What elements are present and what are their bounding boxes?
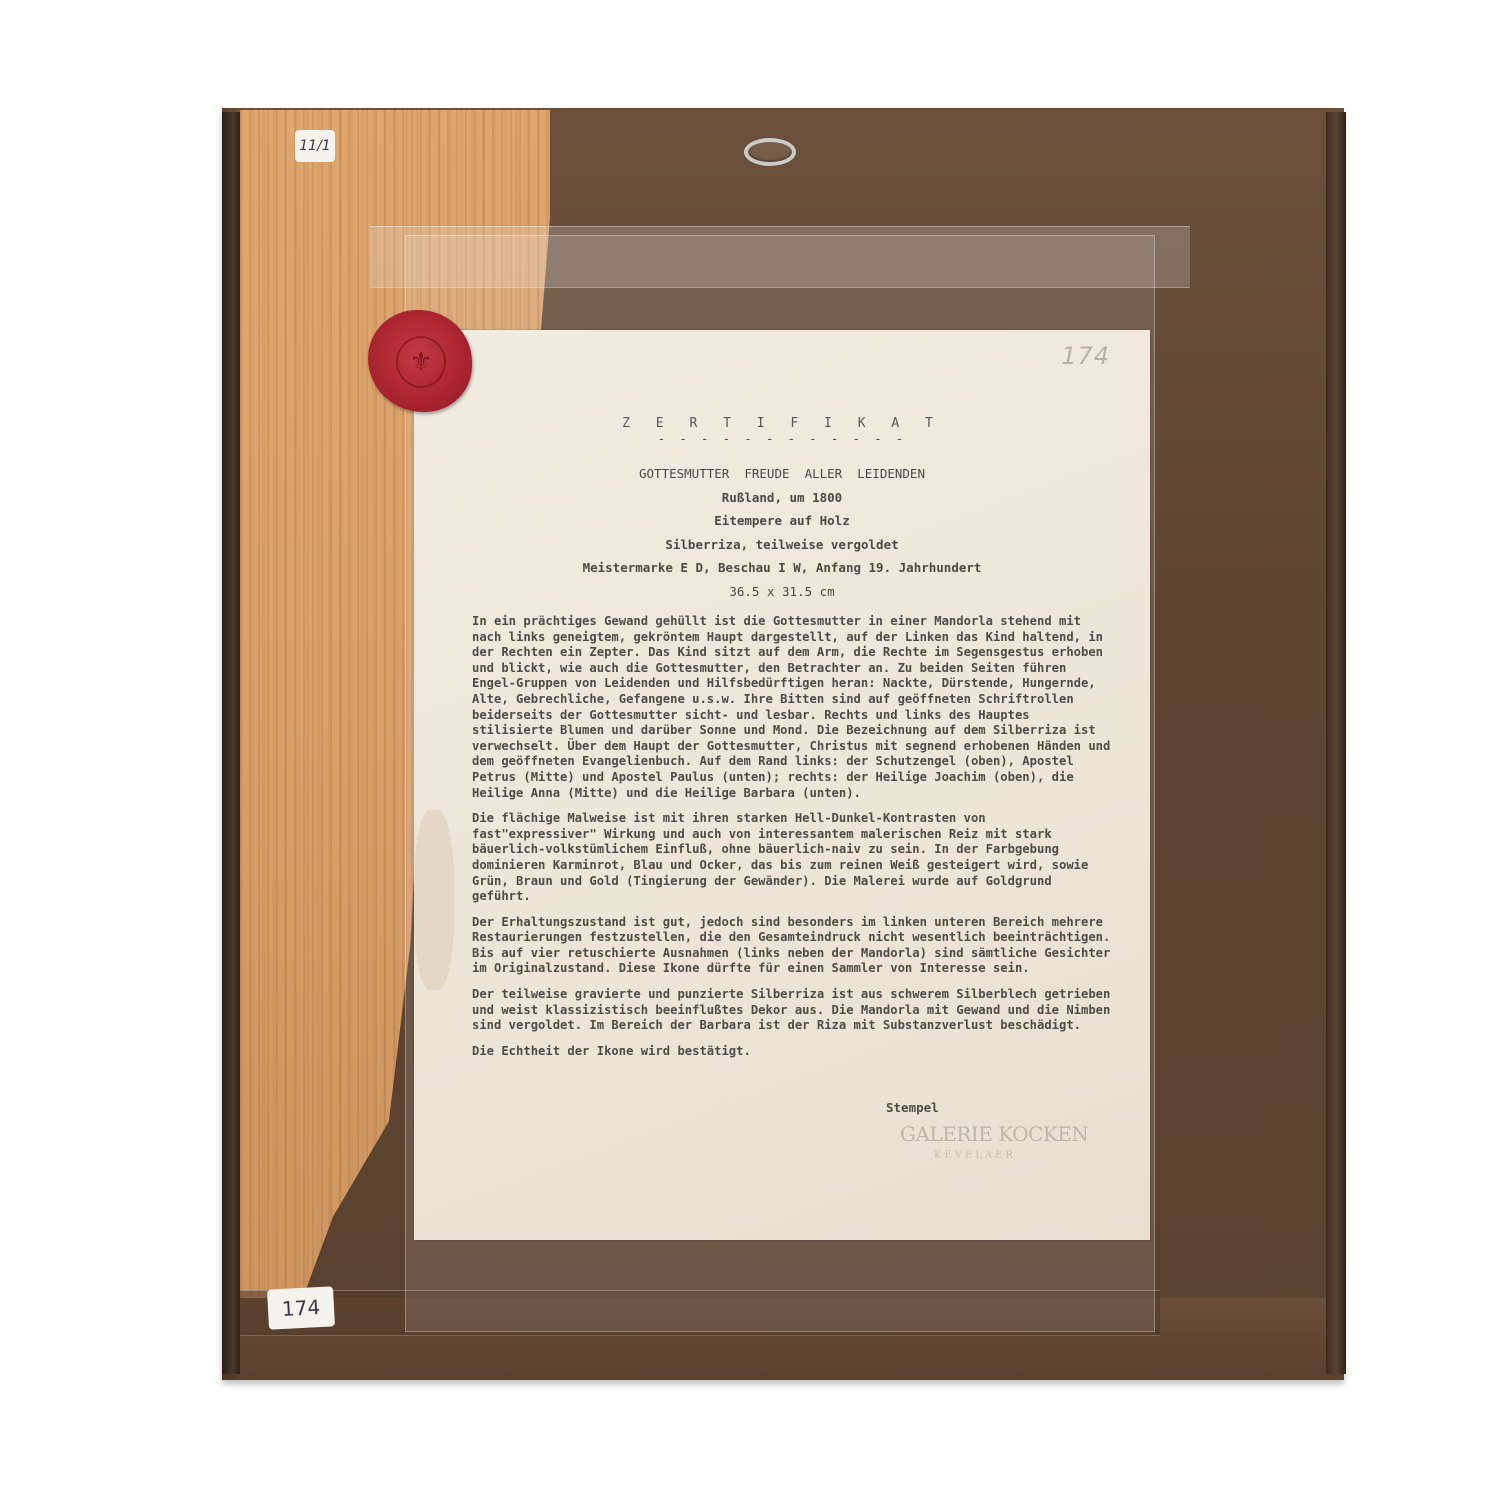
gallery-stamp: GALERIE KOCKEN: [900, 1122, 1088, 1146]
inventory-label-top-text: 11/1: [299, 138, 330, 154]
certificate-paper: 174 Z E R T I F I K A T - - - - - - - - …: [414, 330, 1150, 1240]
heading-origin: Rußland, um 1800: [414, 486, 1150, 510]
gallery-stamp-city: KEVELAER: [934, 1150, 1016, 1161]
heading-subject: GOTTESMUTTER FREUDE ALLER LEIDENDEN: [414, 462, 1150, 486]
certificate-headings: GOTTESMUTTER FREUDE ALLER LEIDENDEN Rußl…: [414, 462, 1150, 603]
paragraph-authenticity: Die Echtheit der Ikone wird bestätigt.: [472, 1044, 1112, 1060]
paragraph-description: In ein prächtiges Gewand gehüllt ist die…: [472, 614, 1112, 801]
inventory-label-top: 11/1: [295, 130, 335, 162]
heading-marks: Meistermarke E D, Beschau I W, Anfang 19…: [414, 556, 1150, 580]
water-stain: [414, 810, 454, 990]
certificate-body: In ein prächtiges Gewand gehüllt ist die…: [472, 614, 1112, 1069]
pencil-lot-mark: 174: [1061, 342, 1110, 370]
frame-edge-right: [1326, 112, 1346, 1374]
lot-number-text: 174: [281, 1295, 320, 1321]
frame-edge-left: [222, 112, 240, 1374]
signature-label: Stempel: [886, 1100, 939, 1115]
hanging-ring-icon: [744, 138, 796, 166]
heading-riza: Silberriza, teilweise vergoldet: [414, 533, 1150, 557]
heading-dimensions: 36.5 x 31.5 cm: [414, 580, 1150, 604]
certificate-title-underline: - - - - - - - - - - - -: [414, 432, 1150, 447]
paragraph-riza: Der teilweise gravierte und punzierte Si…: [472, 987, 1112, 1034]
seal-emblem: ⚜: [396, 336, 446, 388]
certificate-title: Z E R T I F I K A T: [414, 416, 1150, 431]
paragraph-style: Die flächige Malweise ist mit ihren star…: [472, 811, 1112, 905]
paragraph-condition: Der Erhaltungszustand ist gut, jedoch si…: [472, 915, 1112, 977]
lot-number-label: 174: [267, 1286, 335, 1329]
heading-medium: Eitempere auf Holz: [414, 509, 1150, 533]
